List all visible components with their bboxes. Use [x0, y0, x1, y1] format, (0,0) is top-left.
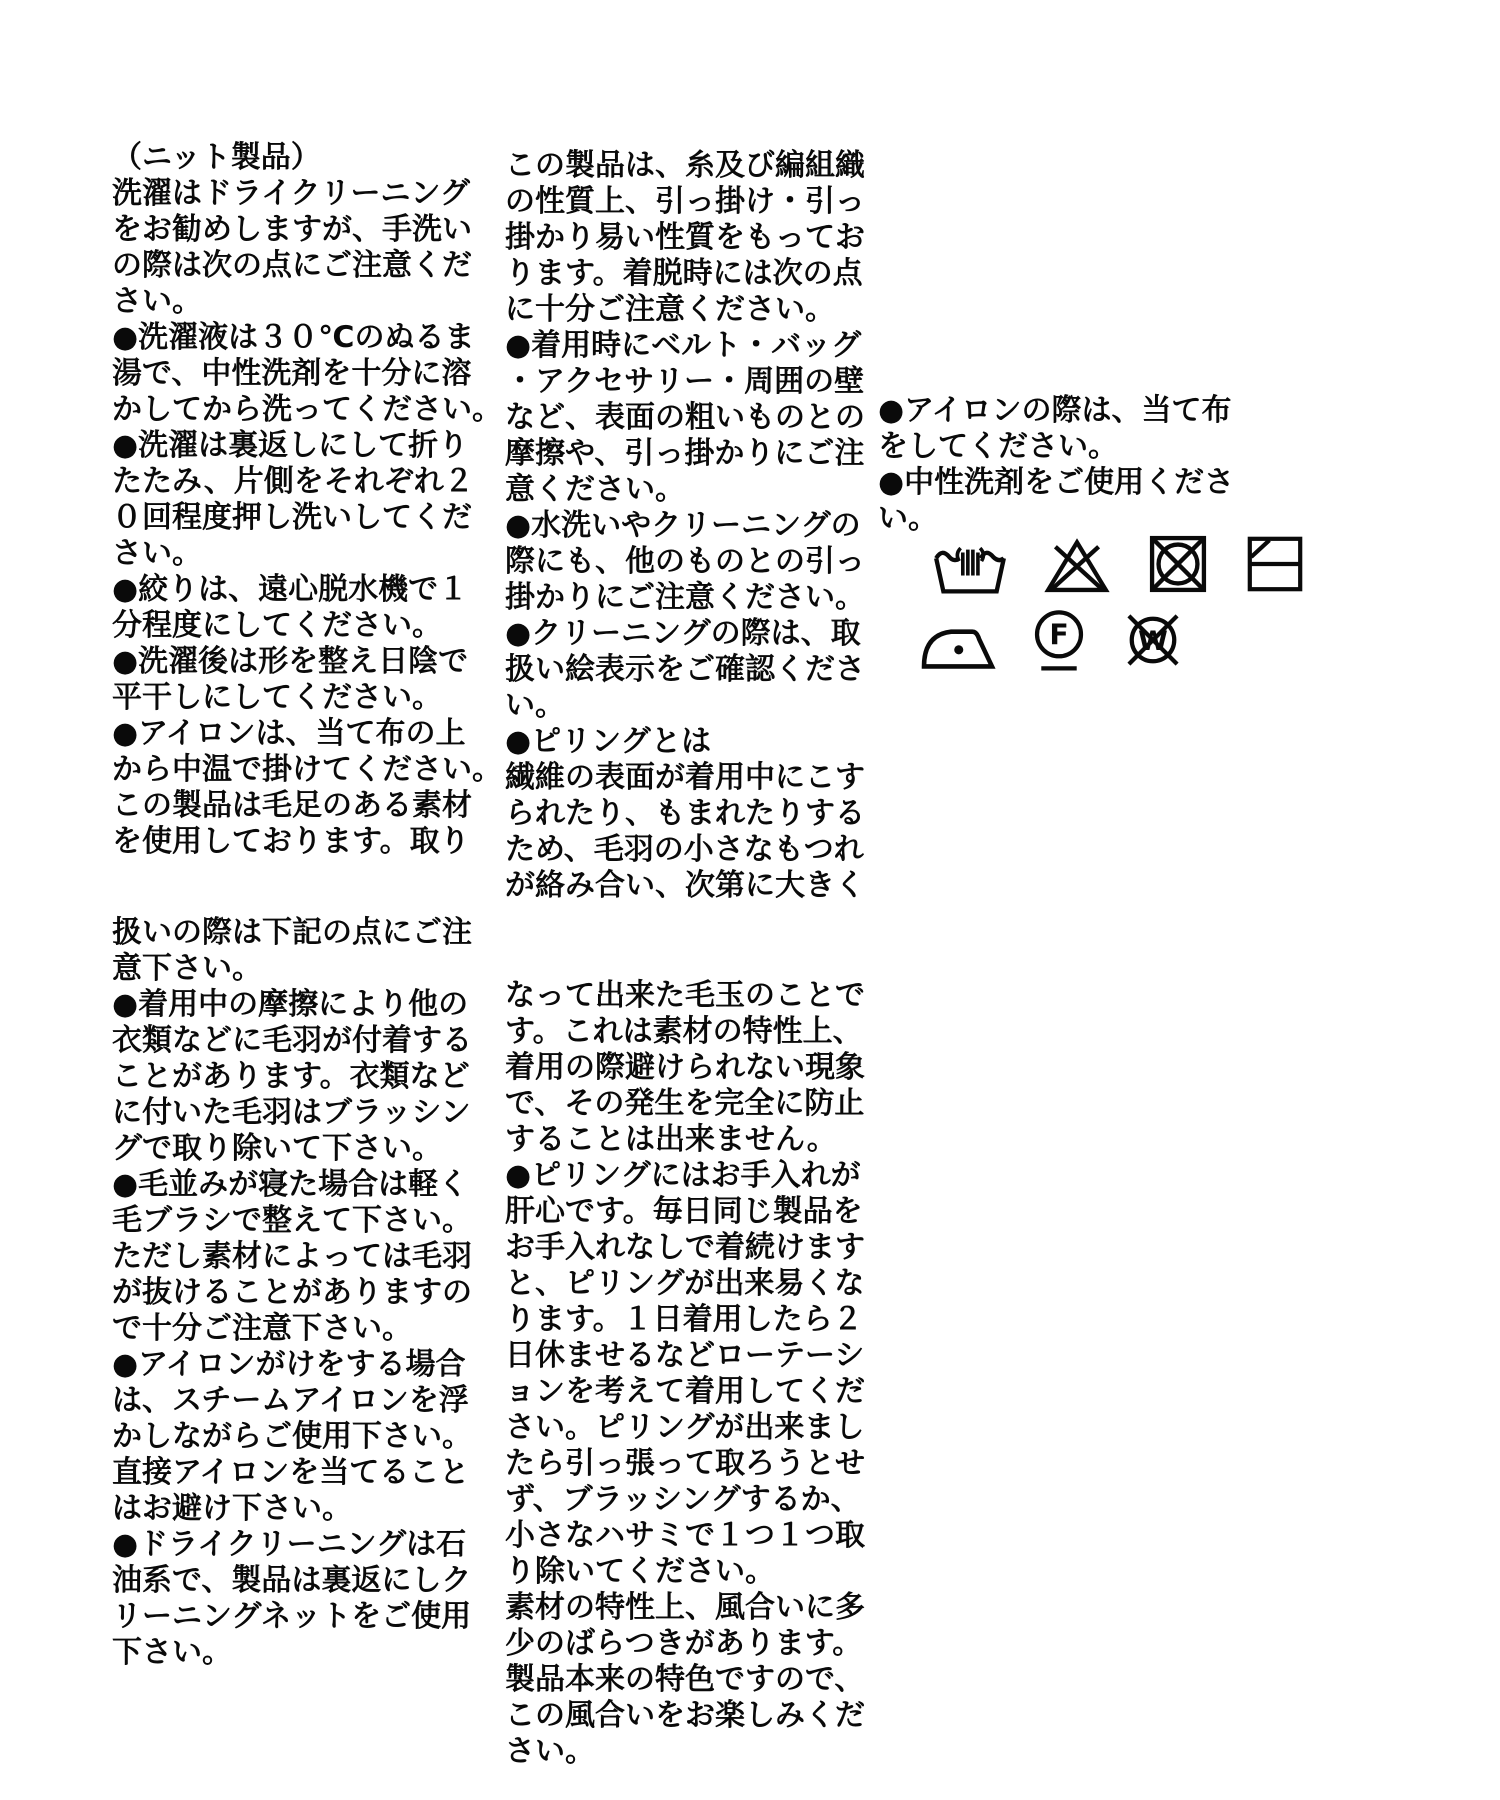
do-not-bleach-icon — [1038, 528, 1116, 600]
dry-clean-letter: F — [1049, 618, 1068, 651]
do-not-tumble-dry-icon — [1142, 528, 1214, 600]
dry-flat-in-shade-icon — [1240, 528, 1310, 600]
care-text-left-block2: 扱いの際は下記の点にご注 意下さい。 ●着用中の摩擦により他の 衣類などに毛羽が… — [112, 915, 472, 1671]
care-text-left-block1: （ニット製品） 洗濯はドライクリーニング をお勧めしますが、手洗い の際は次の点… — [112, 140, 502, 860]
care-text-right: ●アイロンの際は、当て布 をしてください。 ●中性洗剤をご使用くださ い。 — [878, 393, 1234, 537]
care-text-middle-block2: なって出来た毛玉のことで す。これは素材の特性上、 着用の際避けられない現象 で… — [505, 978, 865, 1770]
care-symbols-row1 — [928, 528, 1310, 600]
hand-wash-icon — [928, 528, 1012, 600]
do-not-wet-clean-icon: W — [1117, 606, 1189, 674]
iron-icon — [915, 606, 1001, 674]
care-symbols-row2: F W — [915, 606, 1189, 674]
care-text-middle-block1: この製品は、糸及び編組織 の性質上、引っ掛け・引っ 掛かり易い性質をもってお り… — [505, 148, 865, 904]
dry-clean-f-icon: F — [1027, 606, 1091, 674]
